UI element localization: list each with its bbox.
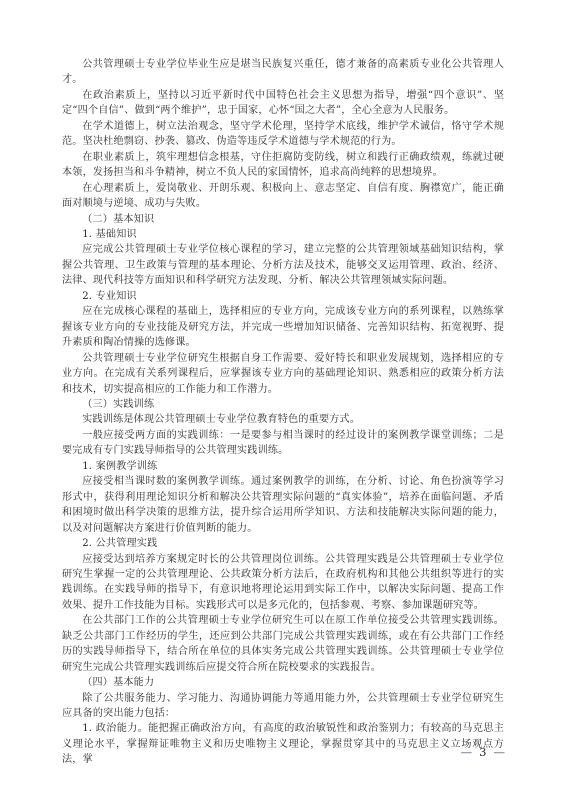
section-subheading: 2. 专业知识 [62, 289, 504, 304]
document-body: 公共管理硕士专业学位毕业生应是堪当民族复兴重任，德才兼备的高素质专业化公共管理人… [62, 57, 504, 768]
section-heading: （三）实践训练 [62, 397, 504, 412]
paragraph: 在政治素质上，坚持以习近平新时代中国特色社会主义思想为指导，增强“四个意识”、坚… [62, 88, 504, 119]
page-number-dash-right: — [494, 745, 506, 759]
section-heading: （四）基本能力 [62, 675, 504, 690]
paragraph: 应接受达到培养方案规定时长的公共管理岗位训练。公共管理实践是公共管理硕士专业学位… [62, 552, 504, 614]
paragraph: 除了公共服务能力、学习能力、沟通协调能力等通用能力外，公共管理硕士专业学位研究生… [62, 691, 504, 722]
page-number-dash-left: — [461, 745, 473, 759]
paragraph: 公共管理硕士专业学位毕业生应是堪当民族复兴重任，德才兼备的高素质专业化公共管理人… [62, 57, 504, 88]
paragraph: 实践训练是体现公共管理硕士专业学位教育特色的重要方式。 [62, 412, 504, 427]
paragraph: 一般应接受两方面的实践训练：一是要参与相当课时的经过设计的案例教学课堂训练；二是… [62, 428, 504, 459]
paragraph: 在职业素质上，筑牢理想信念根基，守住拒腐防变防线，树立和践行正确政绩观，练就过硬… [62, 150, 504, 181]
section-subheading: 2. 公共管理实践 [62, 536, 504, 551]
paragraph: 公共管理硕士专业学位研究生根据自身工作需要、爱好特长和职业发展规划，选择相应的专… [62, 351, 504, 397]
section-subheading: 1. 案例教学训练 [62, 459, 504, 474]
paragraph: 应在完成核心课程的基础上，选择相应的专业方向，完成该专业方向的系列课程，以熟练掌… [62, 304, 504, 350]
section-heading: （二）基本知识 [62, 212, 504, 227]
paragraph: 在心理素质上，爱岗敬业、开朗乐观、积极向上、意志坚定、自信有度、胸襟宽广，能正确… [62, 181, 504, 212]
paragraph: 应完成公共管理硕士专业学位核心课程的学习，建立完整的公共管理领域基础知识结构，掌… [62, 242, 504, 288]
paragraph: 在学术道德上，树立法治观念，坚守学术伦理，坚持学术底线，维护学术诚信，恪守学术规… [62, 119, 504, 150]
page-number-value: 3 [472, 745, 493, 759]
section-subheading: 1. 基础知识 [62, 227, 504, 242]
paragraph: 1. 政治能力。能把握正确政治方向，有高度的政治敏锐性和政治鉴别力；有较高的马克… [62, 721, 504, 767]
paragraph: 在公共部门工作的公共管理硕士专业学位研究生可以在原工作单位接受公共管理实践训练。… [62, 613, 504, 675]
paragraph: 应接受相当课时数的案例教学训练。通过案例教学的训练，在分析、讨论、角色扮演等学习… [62, 474, 504, 536]
page-number: —3— [461, 745, 505, 760]
document-page: 公共管理硕士专业学位毕业生应是堪当民族复兴重任，德才兼备的高素质专业化公共管理人… [0, 0, 565, 808]
